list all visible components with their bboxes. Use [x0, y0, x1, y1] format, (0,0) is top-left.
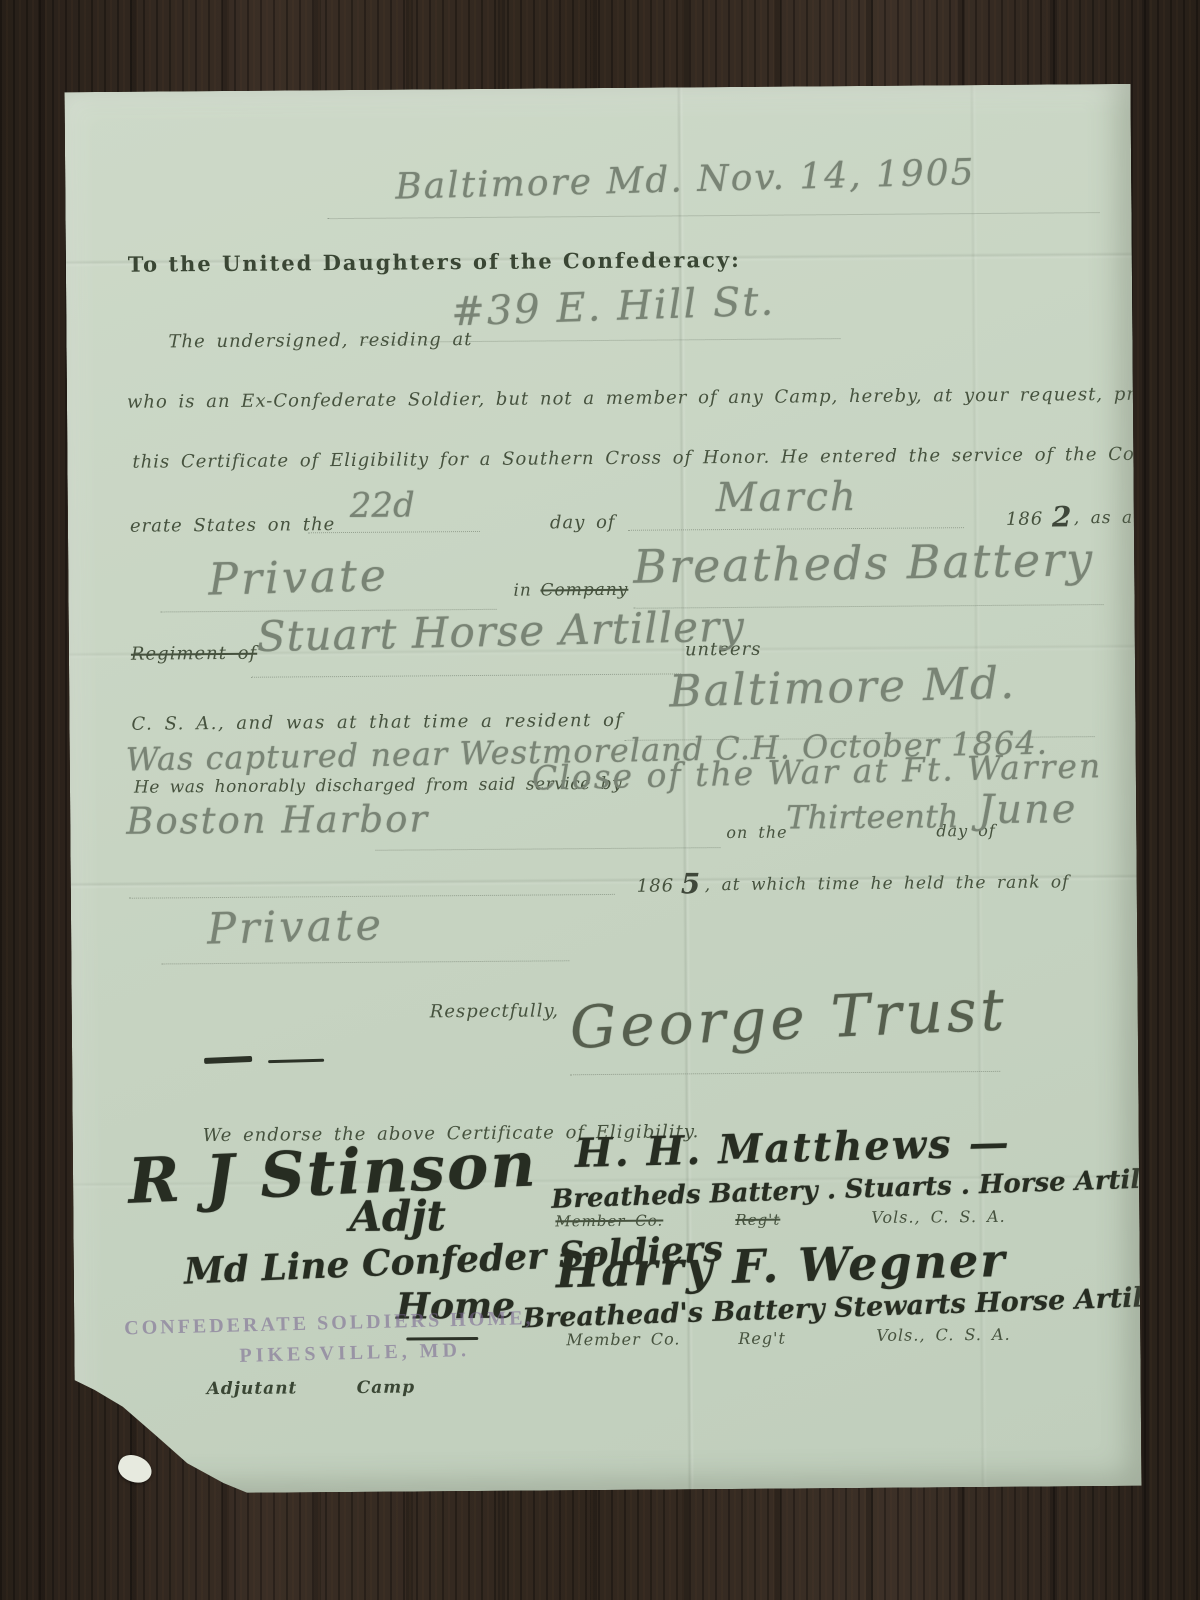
- regiment-value: Stuart Horse Artillery: [256, 601, 745, 661]
- member-co-label-2: Member Co.: [566, 1329, 680, 1349]
- unit-value: Breatheds Battery: [633, 532, 1095, 594]
- vols-csa-label-2: Vols., C. S. A.: [876, 1325, 1011, 1345]
- discharged-value-2: Boston Harbor: [126, 797, 429, 842]
- day-of-label: day of: [550, 512, 616, 534]
- discharge-day-value: Thirteenth: [786, 797, 959, 836]
- in-label: in: [513, 581, 532, 601]
- ink-dash: [204, 1056, 252, 1064]
- year2-printed-186: 186: [637, 875, 675, 896]
- torn-paper-chip: [115, 1451, 155, 1486]
- as-a-label: , as a: [1074, 508, 1133, 528]
- day-baseline: [308, 531, 480, 533]
- company-label-struck: Company: [540, 580, 628, 601]
- regt-label-2: Reg't: [738, 1329, 786, 1348]
- body-line-2: this Certificate of Eligibility for a So…: [132, 443, 1186, 472]
- member-co-label-struck: Member Co.: [555, 1212, 663, 1231]
- rank2-baseline: [161, 960, 569, 964]
- on-the-label: on the: [726, 823, 787, 842]
- enlist-day-value: 22d: [350, 485, 415, 526]
- year-digit-handwritten: 2: [1052, 500, 1072, 533]
- soldiers-home-stamp-line1: CONFEDERATE SOLDIERS HOME,: [124, 1307, 534, 1340]
- respectfully-label: Respectfully,: [430, 1000, 559, 1022]
- stinson-title: Adjt: [349, 1191, 446, 1241]
- vols-csa-label: Vols., C. S. A.: [871, 1207, 1006, 1227]
- soldier-signature: George Trust: [569, 975, 1010, 1062]
- year2-digit-handwritten: 5: [681, 867, 701, 900]
- camp-label: Camp: [357, 1377, 416, 1397]
- body-line-1: who is an Ex-Confederate Soldier, but no…: [127, 383, 1200, 412]
- rank-held-value: Private: [206, 900, 384, 954]
- ink-dash: [268, 1059, 324, 1063]
- rank-held-label: , at which time he held the rank of: [705, 872, 1070, 895]
- salutation: To the United Daughters of the Confedera…: [128, 247, 741, 277]
- stinson-signature: R J Stinson: [127, 1127, 539, 1217]
- regt-label-struck: Reg't: [735, 1211, 780, 1229]
- residing-value: #39 E. Hill St.: [451, 278, 776, 335]
- csa-resident-label: C. S. A., and was at that time a residen…: [131, 710, 623, 735]
- rank-value: Private: [208, 550, 390, 606]
- soldiers-home-stamp-line2: PIKESVILLE, MD.: [239, 1339, 470, 1368]
- photo-of-document: { "page": { "date_line": "Baltimore Md. …: [0, 0, 1200, 1600]
- matthews-signature: H. H. Matthews —: [574, 1119, 1011, 1177]
- adjutant-label: Adjutant: [207, 1378, 298, 1399]
- discharge-month-value: June: [978, 786, 1078, 833]
- regiment-of-label-struck: Regiment of: [131, 643, 257, 665]
- year-printed-186: 186: [1006, 509, 1044, 530]
- blank-baseline: [129, 894, 615, 899]
- signature-baseline: [570, 1071, 1000, 1075]
- enlist-month-value: March: [716, 474, 858, 521]
- resident-value: Baltimore Md.: [669, 658, 1017, 718]
- erate-states-label: erate States on the: [130, 514, 336, 537]
- handwritten-dateline: Baltimore Md. Nov. 14, 1905: [395, 152, 976, 208]
- regiment-baseline: [251, 673, 681, 677]
- discharge-baseline: [375, 847, 720, 851]
- date-baseline: [328, 212, 1100, 219]
- month-baseline: [628, 527, 964, 531]
- certificate-paper: Baltimore Md. Nov. 14, 1905 To the Unite…: [65, 84, 1142, 1494]
